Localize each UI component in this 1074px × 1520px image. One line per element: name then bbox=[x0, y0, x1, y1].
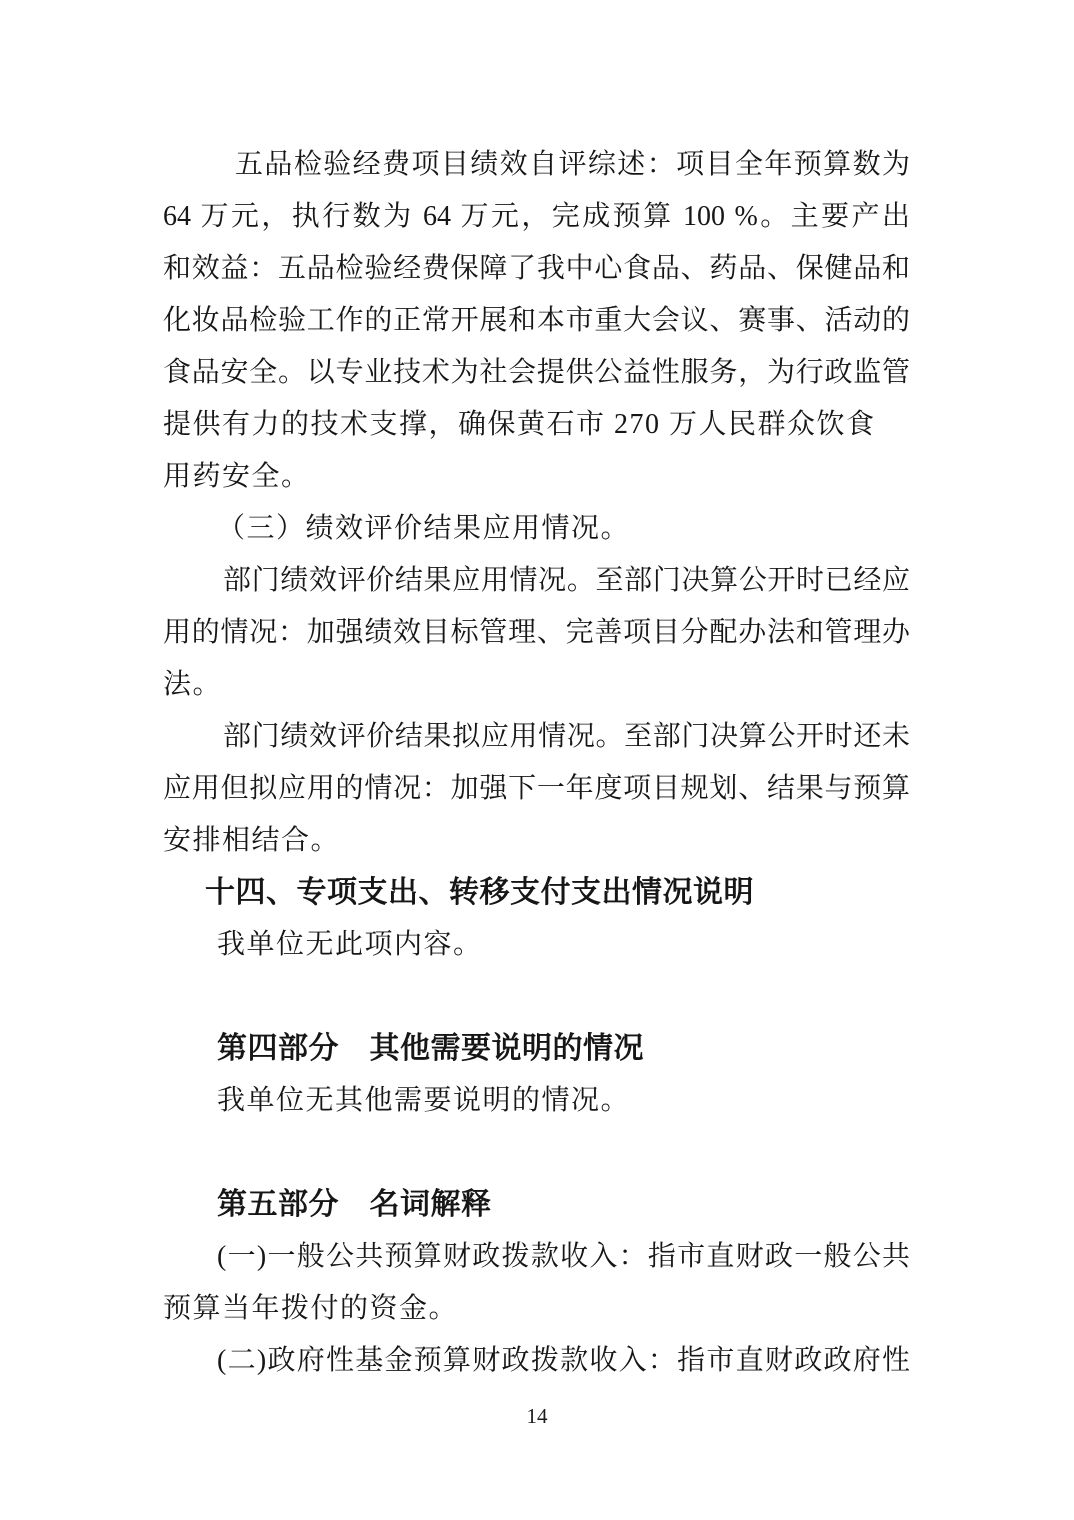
paragraph-line: 提供有力的技术支撑，确保黄石市 270 万人民群众饮食 bbox=[163, 399, 910, 451]
paragraph-line: 应用但拟应用的情况：加强下一年度项目规划、结果与预算 bbox=[163, 763, 910, 815]
section-heading-part5: 第五部分 名词解释 bbox=[163, 1179, 910, 1231]
paragraph-line: 和效益：五品检验经费保障了我中心食品、药品、保健品和 bbox=[163, 243, 910, 295]
paragraph-line: 部门绩效评价结果应用情况。至部门决算公开时已经应 bbox=[163, 555, 910, 607]
blank-line bbox=[163, 971, 910, 1023]
blank-line bbox=[163, 1127, 910, 1179]
paragraph-line: 我单位无此项内容。 bbox=[163, 919, 910, 971]
paragraph-line: 五品检验经费项目绩效自评综述：项目全年预算数为 bbox=[163, 139, 910, 191]
paragraph-line: 部门绩效评价结果拟应用情况。至部门决算公开时还未 bbox=[163, 711, 910, 763]
paragraph-line: 安排相结合。 bbox=[163, 815, 910, 867]
paragraph-line: 预算当年拨付的资金。 bbox=[163, 1283, 910, 1335]
paragraph-line: (二)政府性基金预算财政拨款收入：指市直财政政府性 bbox=[163, 1335, 910, 1387]
paragraph-line: 食品安全。以专业技术为社会提供公益性服务，为行政监管 bbox=[163, 347, 910, 399]
paragraph-line: 法。 bbox=[163, 659, 910, 711]
paragraph-line: （三）绩效评价结果应用情况。 bbox=[163, 503, 910, 555]
paragraph-line: (一)一般公共预算财政拨款收入：指市直财政一般公共 bbox=[163, 1231, 910, 1283]
paragraph-line: 用的情况：加强绩效目标管理、完善项目分配办法和管理办 bbox=[163, 607, 910, 659]
paragraph-line: 64 万元，执行数为 64 万元，完成预算 100 %。主要产出 bbox=[163, 191, 910, 243]
document-text: 五品检验经费项目绩效自评综述：项目全年预算数为 64 万元，执行数为 64 万元… bbox=[163, 139, 910, 1387]
paragraph-line: 化妆品检验工作的正常开展和本市重大会议、赛事、活动的 bbox=[163, 295, 910, 347]
section-heading-part4: 第四部分 其他需要说明的情况 bbox=[163, 1023, 910, 1075]
section-heading-special-transfer: 十四、专项支出、转移支付支出情况说明 bbox=[163, 867, 910, 919]
paragraph-line: 用药安全。 bbox=[163, 451, 910, 503]
paragraph-line: 我单位无其他需要说明的情况。 bbox=[163, 1075, 910, 1127]
document-page: 五品检验经费项目绩效自评综述：项目全年预算数为 64 万元，执行数为 64 万元… bbox=[0, 0, 1074, 1520]
page-number: 14 bbox=[0, 1401, 1074, 1431]
